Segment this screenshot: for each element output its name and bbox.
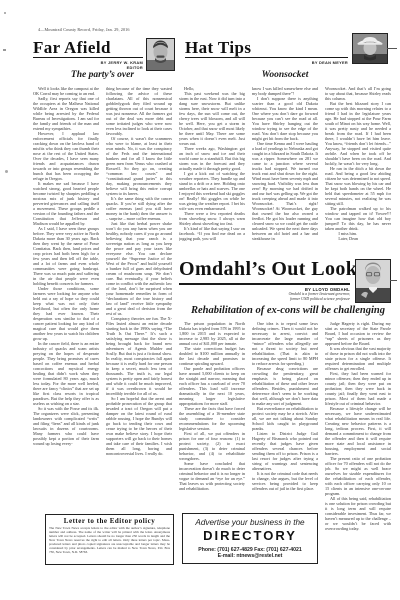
page-folio-line: 4—Mountrail County Record, Friday, Jan. … [38,27,130,32]
scan-speck [3,49,6,51]
hat-tips-headline-rule [185,57,348,59]
dean-meyer-photo [352,33,388,64]
hat-tips-headline: Hat Tips [185,38,251,58]
scan-speck [5,170,8,173]
directory-ad-email: E-mail: ntnews@restel.net [183,553,317,559]
omdahl-portrait-illustration [356,260,390,302]
hat-tips-side-rule [387,48,397,49]
omdahl-column-2: One idea is to repeal some laws defining… [252,321,318,507]
letter-policy-body: The New Town News accepts letters to the… [46,526,173,555]
omdahl-column-3: Judge Hagerty is right. During my stint … [325,321,391,562]
omdahl-credit-line1: Omdahl is a former lieutenant governor, [179,292,350,296]
far-afield-headline: Far Afield [33,38,111,58]
omdahl-side-rule [390,280,397,281]
omdahl-byline: BY LLOYD OMDAHL [179,287,350,292]
far-afield-column-1: Well it looks like the campout at the OK… [33,86,99,510]
scan-speck [4,12,6,14]
dean-meyer-portrait-illustration [353,34,387,63]
far-afield-byline-role: EDITOR [33,65,143,70]
omdahl-column-1: The prison population in North Dakota ha… [179,321,245,507]
omdahl-subheadline: Rehabilitation of ex-cons will be challe… [179,305,397,316]
directory-ad-title: DIRECTORY [183,528,317,543]
omdahl-headline: Omdahl’s Out Look [179,258,357,281]
omdahl-headline-rule [179,283,350,285]
hat-tips-byline: BY DEAN MEYER [185,60,348,65]
omdahl-photo [355,259,391,303]
hat-tips-column-3: Woonsocket. And that’s all I’m going to … [325,86,391,254]
hat-tips-column-2: know I was killed somewhere else and my … [252,86,318,257]
editor-photo [146,38,175,71]
editor-portrait-illustration [147,39,174,70]
far-afield-headline-rule [33,57,143,59]
hat-tips-subheadline: Woonsocket [179,70,391,80]
far-afield-column-2: thing because of the time they wasted fo… [106,86,172,506]
directory-ad-intro: Advertise your business in the [183,518,317,527]
newspaper-page: 4—Mountrail County Record, Friday, Jan. … [0,0,400,600]
far-afield-subheadline: The party’s over [33,70,172,80]
letter-policy-title: Letter to the Editor policy [46,517,173,525]
letter-policy-box: Letter to the Editor policy The New Town… [45,514,174,565]
omdahl-credit-line2: former UND political science professor [179,297,350,301]
directory-ad-box: Advertise your business in the DIRECTORY… [182,513,318,564]
hat-tips-column-1: Hello,This past weekend was the big stor… [179,86,245,257]
